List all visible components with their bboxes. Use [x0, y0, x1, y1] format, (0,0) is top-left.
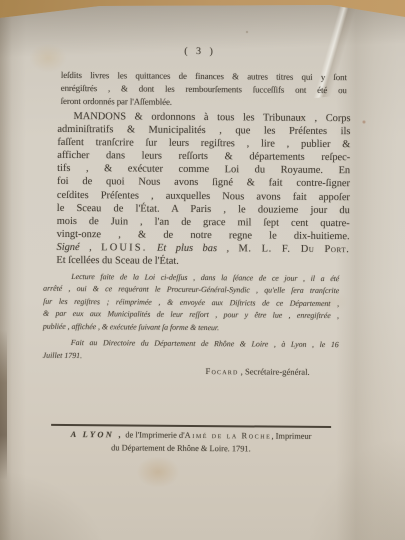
imprint-end: , Imprimeur	[271, 432, 311, 441]
execution-note-line2: Juillet 1791.	[43, 349, 339, 364]
mandons-lines: MANDONS & ordonnons à tous les Tribunaux…	[57, 110, 351, 243]
execution-note-line1: Fait au Directoire du Département de Rhô…	[43, 336, 339, 351]
document-page: ( 3 ) leſdits livres les quittances de f…	[0, 0, 405, 540]
printed-content: ( 3 ) leſdits livres les quittances de f…	[0, 0, 405, 540]
certification-paragraph: Lecture faite de la Loi ci-deſſus , dans…	[43, 271, 339, 335]
imprint-city: A LYON ,	[71, 430, 124, 439]
imprint-middle: de l'Imprimerie d'	[123, 430, 184, 439]
intro-paragraph: leſdits livres les quittances de finance…	[61, 69, 347, 110]
execution-note: Fait au Directoire du Département de Rhô…	[43, 336, 339, 364]
mandons-paragraph: MANDONS & ordonnons à tous les Tribunaux…	[56, 110, 350, 269]
secretary-name: Focard	[206, 366, 239, 376]
text-line: publiée , affichée , & exécutée ſuivant …	[43, 320, 339, 335]
photo-background: ( 3 ) leſdits livres les quittances de f…	[0, 0, 405, 540]
duport-signature: M. L. F. Du Port.	[239, 243, 350, 255]
signe-label: Signé ,	[56, 242, 91, 253]
seal-closing-line: Et ſcellées du Sceau de l'État.	[56, 254, 349, 269]
imprint-line2: du Département de Rhône & Loire. 1791.	[35, 443, 327, 454]
imprint-divider-rule	[51, 424, 331, 428]
secretary-signature: Focard , Secrétaire-général.	[206, 366, 310, 377]
imprint-printer-name: Aimé de la Roche	[185, 431, 272, 441]
text-line: ſeront ordonnés par l'Aſſemblée.	[61, 95, 347, 110]
et-plus-bas-label: Et plus bas ,	[157, 243, 229, 255]
page-number: ( 3 )	[55, 45, 345, 58]
secretary-title: , Secrétaire-général.	[239, 366, 310, 377]
louis-signature: LOUIS.	[101, 242, 147, 253]
imprint-line1: A LYON , de l'Imprimerie d'Aimé de la Ro…	[45, 430, 337, 441]
